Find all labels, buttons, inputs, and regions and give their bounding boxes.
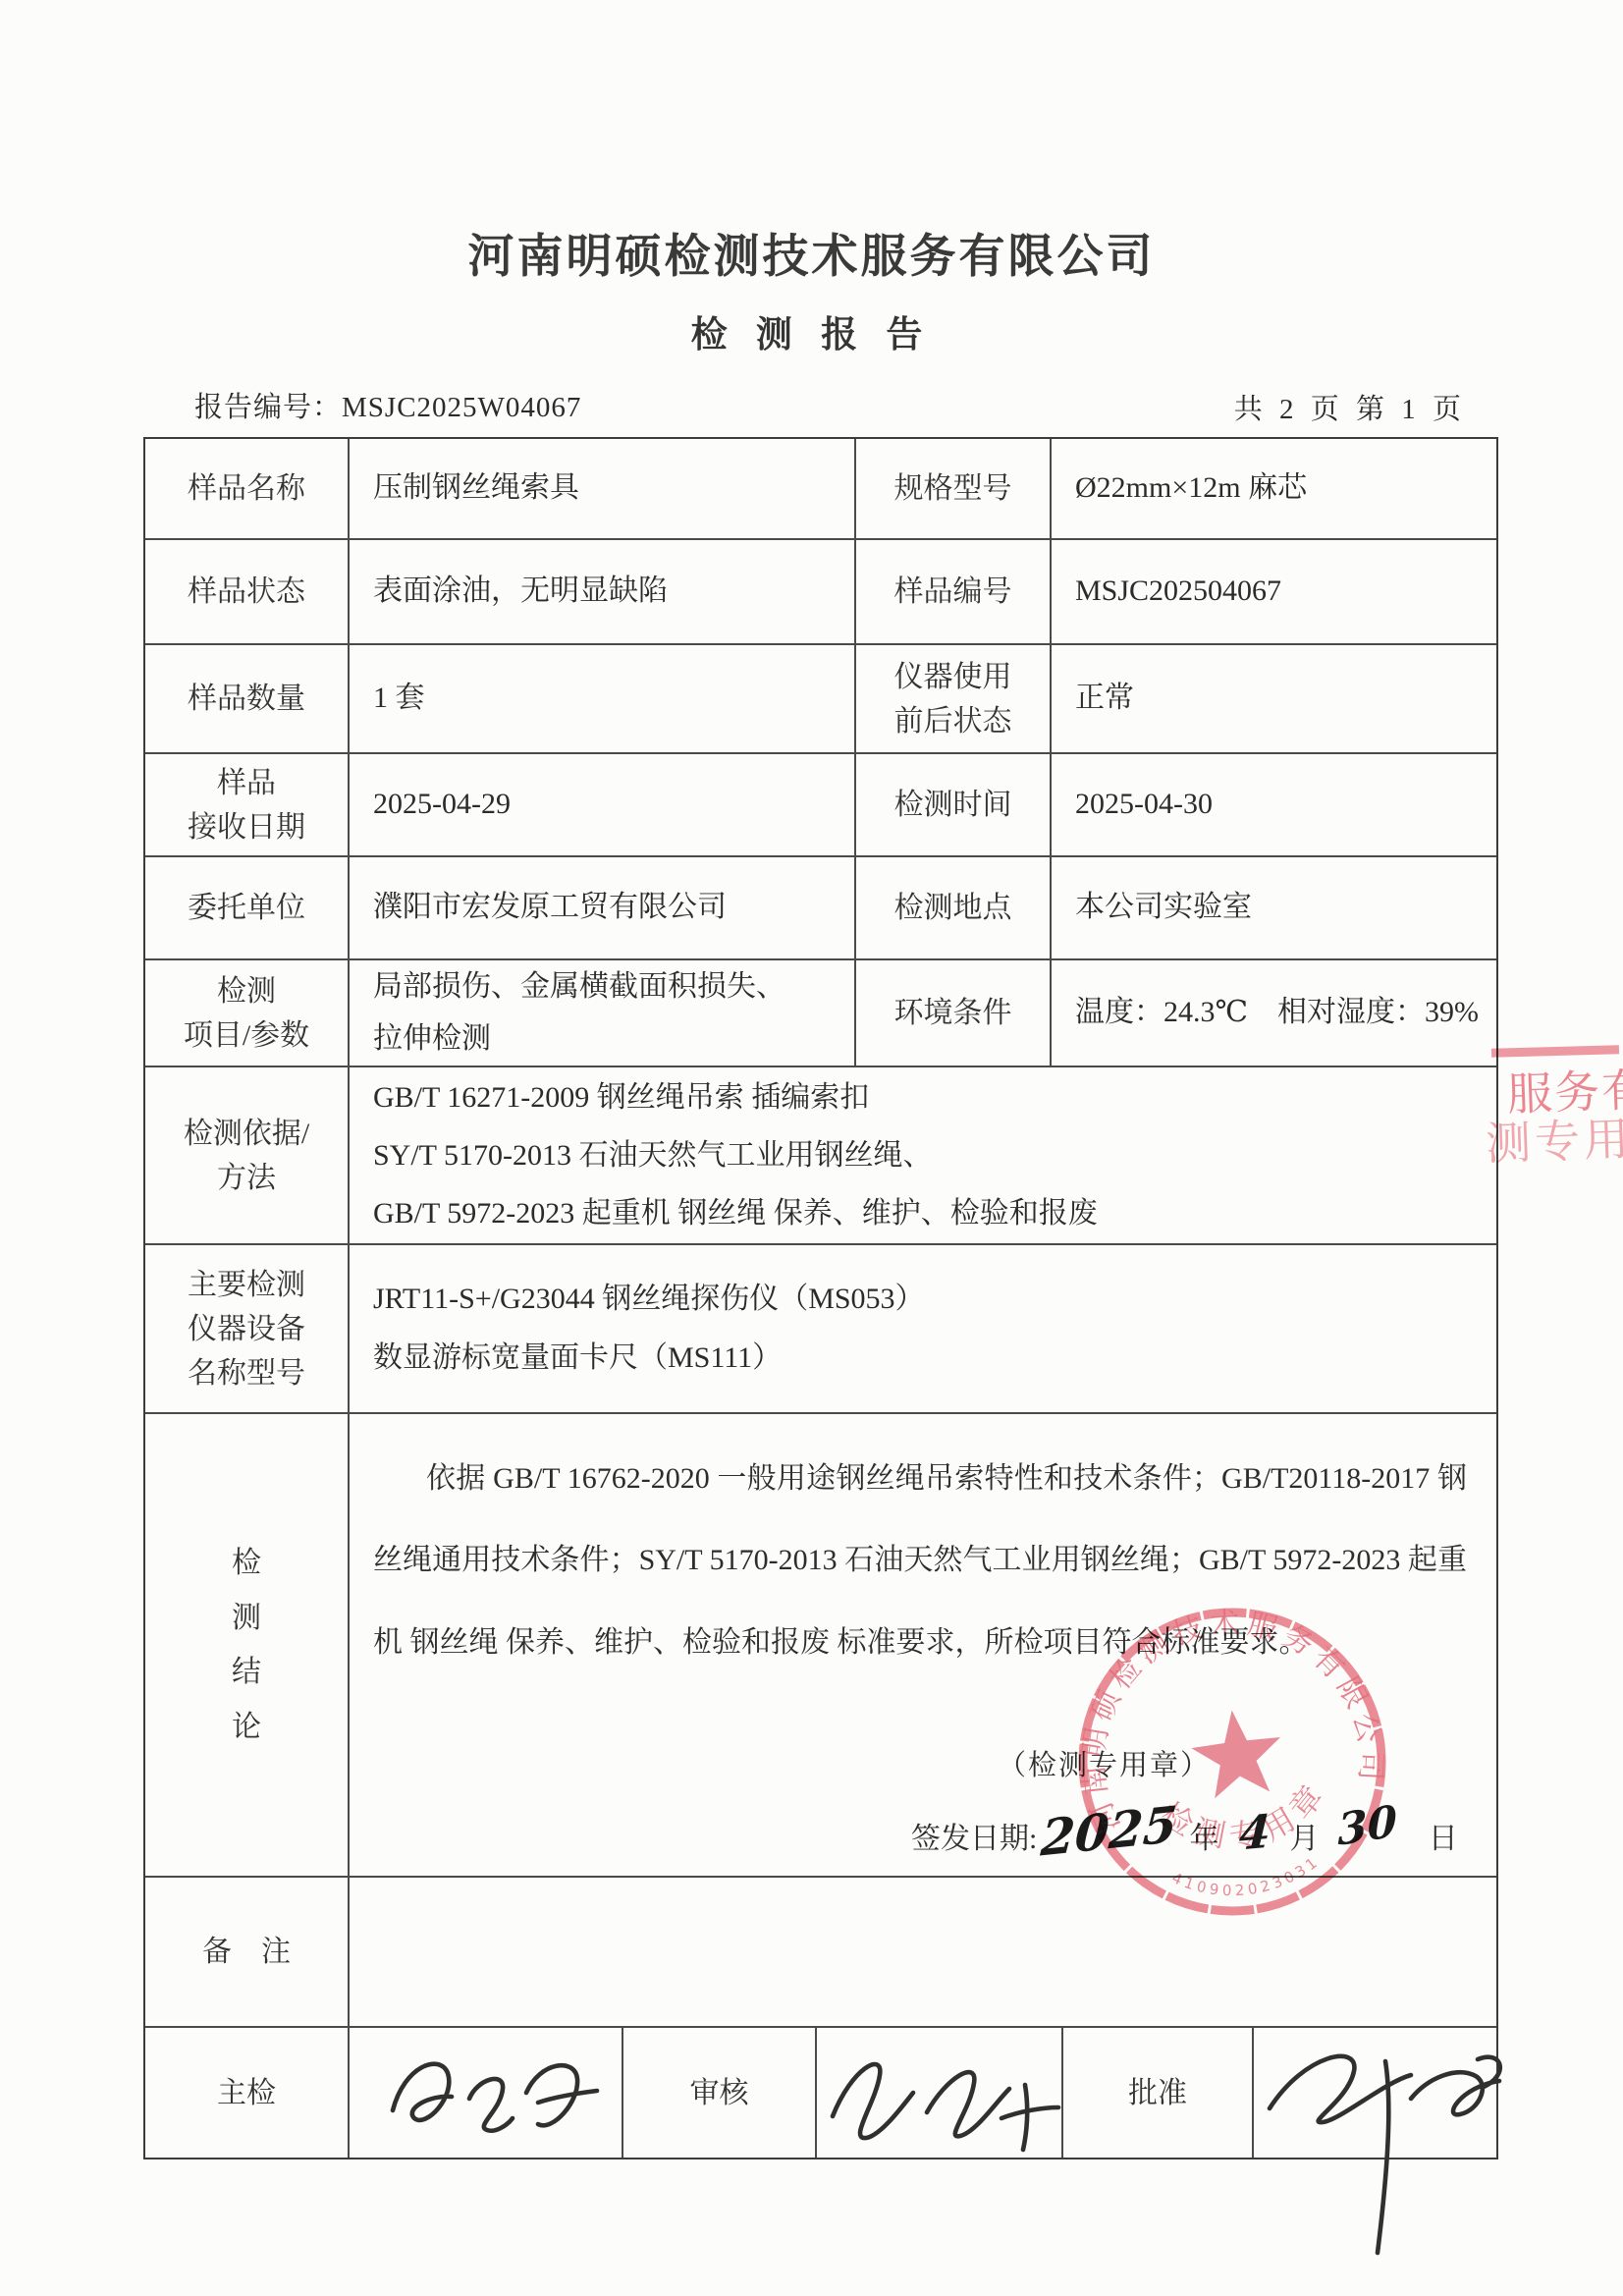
table-row: 检测 项目/参数 局部损伤、金属横截面积损失、 拉伸检测 环境条件 温度：24.… bbox=[145, 958, 1496, 1066]
edge-seal-text-2: 测专用 bbox=[1485, 1103, 1623, 1173]
label-sample-no: 样品编号 bbox=[854, 540, 1050, 643]
meta-row: 报告编号：MSJC2025W04067 共 2 页 第 1 页 bbox=[0, 385, 1623, 426]
label-test-date: 检测时间 bbox=[854, 754, 1050, 855]
table-row: 样品名称 压制钢丝绳索具 规格型号 Ø22mm×12m 麻芯 bbox=[145, 439, 1496, 538]
label-spec-model: 规格型号 bbox=[854, 439, 1050, 538]
label-conclusion: 检 测 结 论 bbox=[145, 1414, 348, 1876]
round-official-seal: 河南明硕检测技术服务有限公司 检测专用章 4109020230316 bbox=[1036, 1565, 1429, 1958]
report-number: 报告编号：MSJC2025W04067 bbox=[194, 385, 581, 425]
value-test-location: 本公司实验室 bbox=[1050, 857, 1496, 958]
table-row: 样品数量 1 套 仪器使用 前后状态 正常 bbox=[145, 643, 1496, 752]
value-sample-no: MSJC202504067 bbox=[1050, 540, 1496, 643]
label-sample-name: 样品名称 bbox=[145, 439, 348, 538]
label-chief-inspector: 主检 bbox=[145, 2028, 348, 2158]
label-environment: 环境条件 bbox=[854, 960, 1050, 1066]
table-row-instruments: 主要检测 仪器设备 名称型号 JRT11-S+/G23044 钢丝绳探伤仪（MS… bbox=[145, 1243, 1496, 1412]
table-row: 样品状态 表面涂油，无明显缺陷 样品编号 MSJC202504067 bbox=[145, 538, 1496, 643]
value-client: 濮阳市宏发原工贸有限公司 bbox=[348, 857, 854, 958]
svg-text:检测专用章: 检测专用章 bbox=[1151, 1770, 1340, 1864]
label-approver: 批准 bbox=[1061, 2028, 1252, 2158]
value-sample-state: 表面涂油，无明显缺陷 bbox=[348, 540, 854, 643]
label-test-location: 检测地点 bbox=[854, 857, 1050, 958]
signature-chief-inspector bbox=[348, 2028, 622, 2158]
value-receive-date: 2025-04-29 bbox=[348, 754, 854, 855]
issue-date-label: 签发日期: bbox=[911, 1814, 1037, 1857]
signature-reviewer-handwriting bbox=[821, 2034, 1066, 2166]
page-indicator: 共 2 页 第 1 页 bbox=[1234, 387, 1466, 427]
seal-type-text: 检测专用章 bbox=[1151, 1770, 1340, 1864]
label-main-instruments: 主要检测 仪器设备 名称型号 bbox=[145, 1245, 348, 1412]
table-row-signatures: 主检 审核 批准 bbox=[145, 2026, 1496, 2158]
value-test-items: 局部损伤、金属横截面积损失、 拉伸检测 bbox=[348, 960, 854, 1066]
report-number-label: 报告编号： bbox=[194, 392, 342, 423]
seal-company-text: 河南明硕检测技术服务有限公司 bbox=[1060, 1589, 1393, 1837]
label-test-items: 检测 项目/参数 bbox=[145, 960, 348, 1066]
label-reviewer: 审核 bbox=[622, 2028, 815, 2158]
value-instrument-state: 正常 bbox=[1050, 645, 1496, 752]
label-test-basis: 检测依据/ 方法 bbox=[145, 1067, 348, 1243]
value-sample-qty: 1 套 bbox=[348, 645, 854, 752]
table-row-basis: 检测依据/ 方法 GB/T 16271-2009 钢丝绳吊索 插编索扣 SY/T… bbox=[145, 1066, 1496, 1243]
label-receive-date: 样品 接收日期 bbox=[145, 754, 348, 855]
label-sample-qty: 样品数量 bbox=[145, 645, 348, 752]
report-page: 河南明硕检测技术服务有限公司 检 测 报 告 报告编号：MSJC2025W040… bbox=[0, 0, 1623, 2296]
table-row: 样品 接收日期 2025-04-29 检测时间 2025-04-30 bbox=[145, 752, 1496, 855]
value-test-date: 2025-04-30 bbox=[1050, 754, 1496, 855]
label-client: 委托单位 bbox=[145, 857, 348, 958]
signature-chief-inspector-handwriting bbox=[379, 2042, 605, 2150]
value-spec-model: Ø22mm×12m 麻芯 bbox=[1050, 439, 1496, 538]
report-number-value: MSJC2025W04067 bbox=[342, 392, 581, 423]
signature-reviewer bbox=[815, 2028, 1061, 2158]
value-test-basis: GB/T 16271-2009 钢丝绳吊索 插编索扣 SY/T 5170-201… bbox=[348, 1067, 1496, 1243]
day-unit: 日 bbox=[1429, 1814, 1458, 1857]
label-instrument-state: 仪器使用 前后状态 bbox=[854, 645, 1050, 752]
label-remarks: 备 注 bbox=[145, 1878, 348, 2026]
seal-star-icon bbox=[1187, 1705, 1286, 1800]
company-title: 河南明硕检测技术服务有限公司 bbox=[0, 220, 1623, 286]
table-row: 委托单位 濮阳市宏发原工贸有限公司 检测地点 本公司实验室 bbox=[145, 855, 1496, 958]
signature-approver bbox=[1252, 2028, 1496, 2158]
signature-approver-handwriting bbox=[1256, 2032, 1511, 2277]
value-main-instruments: JRT11-S+/G23044 钢丝绳探伤仪（MS053） 数显游标宽量面卡尺（… bbox=[348, 1245, 1496, 1412]
edge-seal-fragment: 服务有 测专用 bbox=[1505, 1041, 1623, 1188]
value-environment: 温度：24.3℃ 相对湿度：39% bbox=[1050, 960, 1496, 1066]
svg-text:河南明硕检测技术服务有限公司: 河南明硕检测技术服务有限公司 bbox=[1060, 1589, 1393, 1837]
document-title: 检 测 报 告 bbox=[0, 304, 1623, 357]
label-sample-state: 样品状态 bbox=[145, 540, 348, 643]
value-sample-name: 压制钢丝绳索具 bbox=[348, 439, 854, 538]
